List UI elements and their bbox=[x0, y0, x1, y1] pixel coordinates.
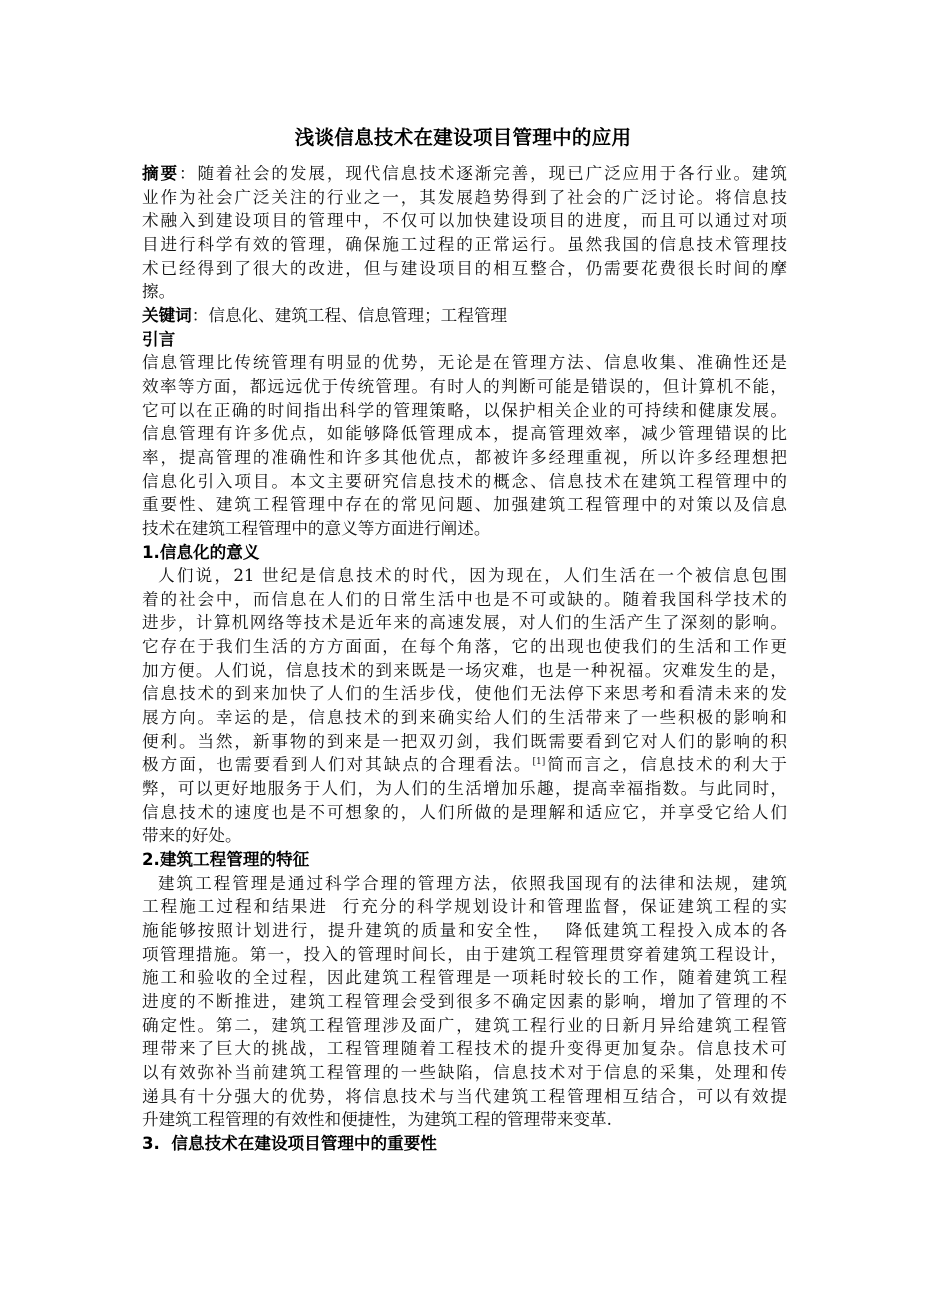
abstract-line: 术已经得到了很大的改进，但与建设项目的相互整合，仍需要花费很长时间的摩 bbox=[142, 257, 787, 281]
citation-ref[interactable]: [1] bbox=[533, 757, 546, 767]
section1-line: 着的社会中，而信息在人们的日常生活中也是不可或缺的。随着我国科学技术的 bbox=[142, 588, 787, 612]
section1-line: 便利。当然，新事物的到来是一把双刃剑，我们既需要看到它对人们的影响的积 bbox=[142, 730, 787, 754]
intro-line: 效率等方面，都远远优于传统管理。有时人的判断可能是错误的，但计算机不能， bbox=[142, 375, 787, 399]
document-title: 浅谈信息技术在建设项目管理中的应用 bbox=[0, 122, 926, 150]
section1-line: 展方向。幸运的是，信息技术的到来确实给人们的生活带来了一些积极的影响和 bbox=[142, 706, 787, 730]
section1-line: 进步，计算机网络等技术是近年来的高速发展，对人们的生活产生了深刻的影响。 bbox=[142, 611, 787, 635]
intro-line: 重要性、建筑工程管理中存在的常见问题、加强建筑工程管理中的对策以及信息 bbox=[142, 493, 787, 517]
section2-line: 工程施工过程和结果进 行充分的科学规划设计和管理监督，保证建筑工程的实 bbox=[142, 895, 787, 919]
section3-heading: 3. 信息技术在建设项目管理中的重要性 bbox=[142, 1132, 787, 1156]
abstract-line: 摘要：随着社会的发展，现代信息技术逐渐完善，现已广泛应用于各行业。建筑 bbox=[142, 162, 787, 186]
section2-heading: 2.建筑工程管理的特征 bbox=[142, 848, 787, 872]
keywords-sep: ： bbox=[192, 306, 209, 325]
section1-line: 它存在于我们生活的方方面面，在每个角落，它的出现也使我们的生活和工作更 bbox=[142, 635, 787, 659]
section2-line: 建筑工程管理是通过科学合理的管理方法，依照我国现有的法律和法规，建筑 bbox=[142, 872, 787, 896]
section1-line: 弊，可以更好地服务于人们，为人们的生活增加乐趣，提高幸福指数。与此同时， bbox=[142, 777, 787, 801]
section2-line: 确定性。第二，建筑工程管理涉及面广，建筑工程行业的日新月异给建筑工程管 bbox=[142, 1014, 787, 1038]
abstract-label: 摘要 bbox=[142, 164, 179, 183]
abstract-line: 擦。 bbox=[142, 280, 787, 304]
intro-line: 率，提高管理的准确性和许多其他优点，都被许多经理重视，所以许多经理想把 bbox=[142, 446, 787, 470]
section1-line: 信息技术的到来加快了人们的生活步伐，使他们无法停下来思考和看清未来的发 bbox=[142, 682, 787, 706]
section2-line: 递具有十分强大的优势，将信息技术与当代建筑工程管理相互结合，可以有效提 bbox=[142, 1085, 787, 1109]
section2-line: 施能够按照计划进行，提升建筑的质量和安全性， 降低建筑工程投入成本的各 bbox=[142, 919, 787, 943]
section2-line: 理带来了巨大的挑战，工程管理随着工程技术的提升变得更加复杂。信息技术可 bbox=[142, 1037, 787, 1061]
intro-heading: 引言 bbox=[142, 328, 787, 352]
section2-line: 项管理措施。第一，投入的管理时间长，由于建筑工程管理贯穿着建筑工程设计， bbox=[142, 943, 787, 967]
section1-line: 加方便。人们说，信息技术的到来既是一场灾难，也是一种祝福。灾难发生的是， bbox=[142, 659, 787, 683]
abstract-line: 术融入到建设项目的管理中，不仅可以加快建设项目的进度，而且可以通过对项 bbox=[142, 209, 787, 233]
abstract-line: 目进行科学有效的管理，确保施工过程的正常运行。虽然我国的信息技术管理技 bbox=[142, 233, 787, 257]
section2-line: 施工和验收的全过程，因此建筑工程管理是一项耗时较长的工作，随着建筑工程 bbox=[142, 966, 787, 990]
intro-line: 信息管理比传统管理有明显的优势，无论是在管理方法、信息收集、准确性还是 bbox=[142, 351, 787, 375]
keywords-label: 关键词 bbox=[142, 306, 192, 325]
section1-line: 带来的好处。 bbox=[142, 824, 787, 848]
document-page: 浅谈信息技术在建设项目管理中的应用 摘要：随着社会的发展，现代信息技术逐渐完善，… bbox=[0, 0, 926, 1309]
intro-line: 信息管理有许多优点，如能够降低管理成本，提高管理效率，减少管理错误的比 bbox=[142, 422, 787, 446]
section1-line: 信息技术的速度也是不可想象的，人们所做的是理解和适应它，并享受它给人们 bbox=[142, 801, 787, 825]
section1-line: 极方面，也需要看到人们对其缺点的合理看法。[1]简而言之，信息技术的利大于 bbox=[142, 753, 787, 777]
section1-line: 人们说，21 世纪是信息技术的时代，因为现在，人们生活在一个被信息包围 bbox=[142, 564, 787, 588]
section2-line: 进度的不断推进，建筑工程管理会受到很多不确定因素的影响，增加了管理的不 bbox=[142, 990, 787, 1014]
keywords-text: 信息化、建筑工程、信息管理；工程管理 bbox=[208, 306, 507, 325]
keywords-line: 关键词：信息化、建筑工程、信息管理；工程管理 bbox=[142, 304, 787, 328]
abstract-sep: ： bbox=[179, 164, 197, 183]
section2-line: 升建筑工程管理的有效性和便捷性，为建筑工程的管理带来变革. bbox=[142, 1108, 787, 1132]
section2-line: 以有效弥补当前建筑工程管理的一些缺陷，信息技术对于信息的采集，处理和传 bbox=[142, 1061, 787, 1085]
intro-line: 信息化引入项目。本文主要研究信息技术的概念、信息技术在建筑工程管理中的 bbox=[142, 470, 787, 494]
intro-line: 它可以在正确的时间指出科学的管理策略，以保护相关企业的可持续和健康发展。 bbox=[142, 399, 787, 423]
intro-line: 技术在建筑工程管理中的意义等方面进行阐述。 bbox=[142, 517, 787, 541]
abstract-line: 业作为社会广泛关注的行业之一，其发展趋势得到了社会的广泛讨论。将信息技 bbox=[142, 186, 787, 210]
section1-heading: 1.信息化的意义 bbox=[142, 541, 787, 565]
document-body: 摘要：随着社会的发展，现代信息技术逐渐完善，现已广泛应用于各行业。建筑 业作为社… bbox=[142, 162, 787, 1156]
